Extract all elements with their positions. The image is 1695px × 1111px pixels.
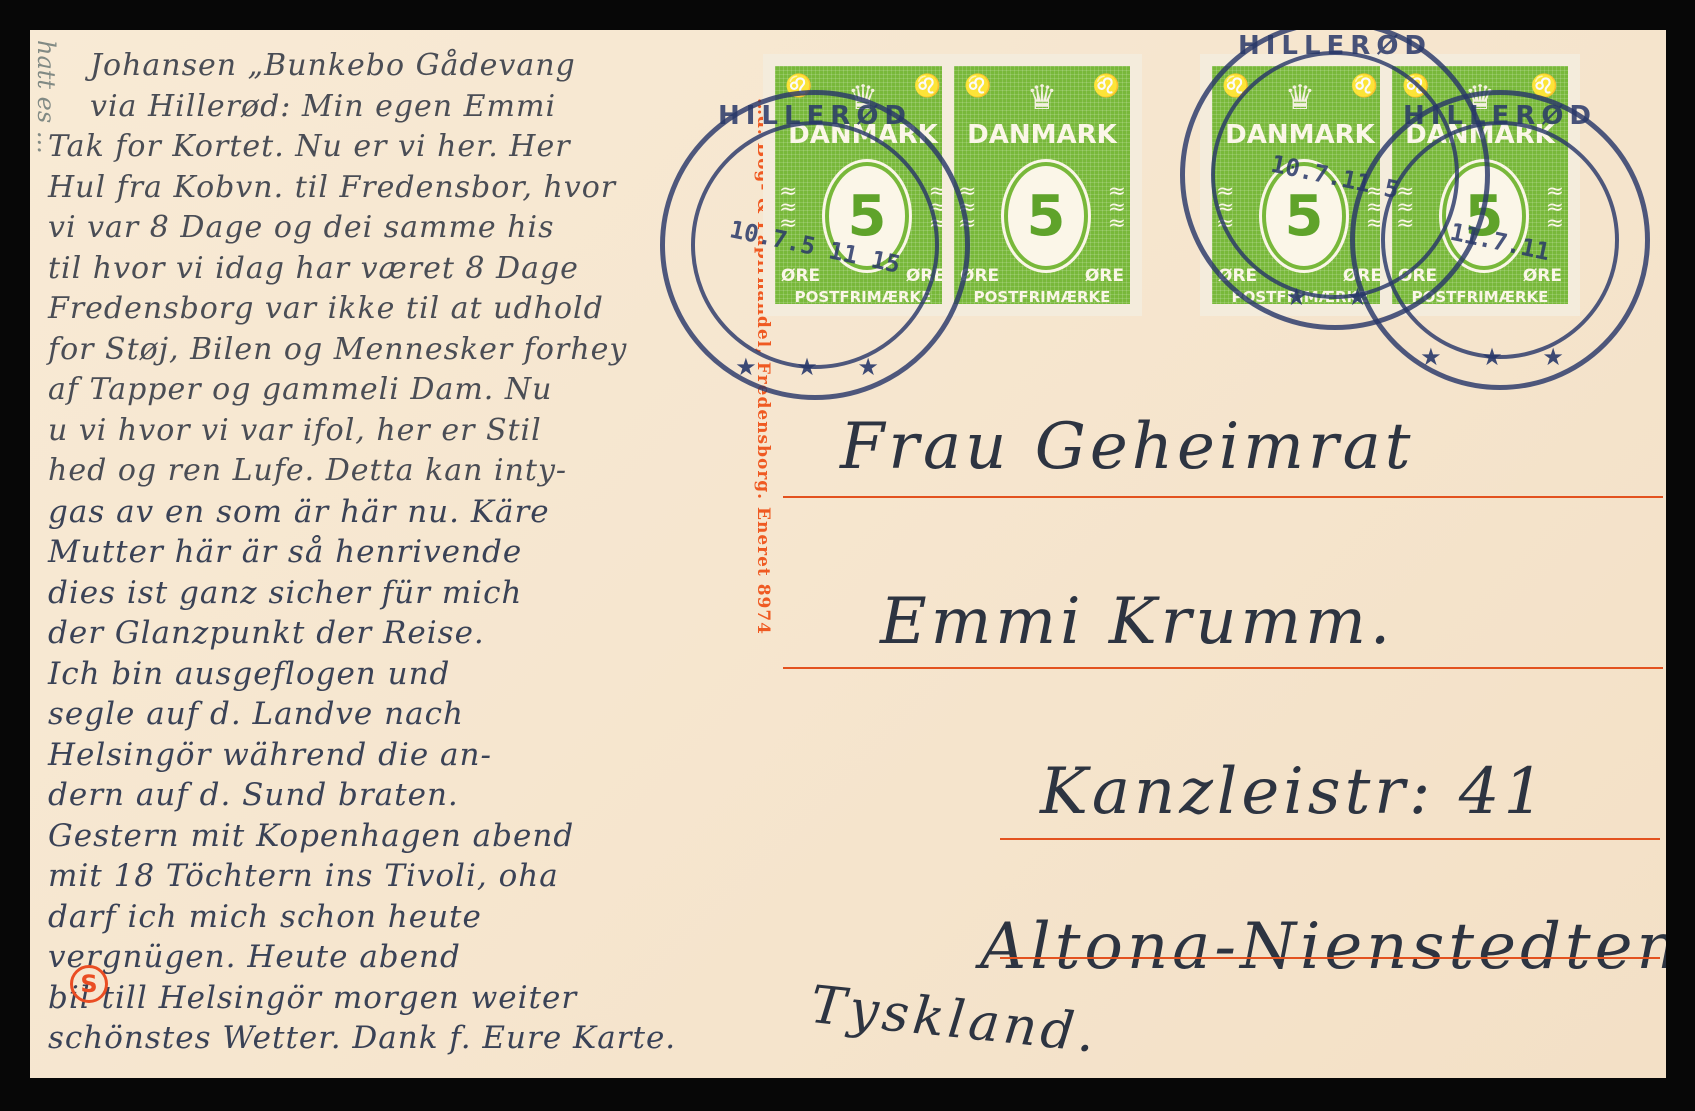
message-line: der Glanzpunkt der Reise. <box>48 615 485 651</box>
message-line: Fredensborg var ikke til at udhold <box>48 291 604 326</box>
message-line: gas av en som är här nu. Käre <box>48 494 550 530</box>
postmark: HILLERØD 10.7.5 11 15 ★ ★ ★ <box>660 90 970 400</box>
message-line: af Tapper og gammeli Dam. Nu <box>48 372 552 407</box>
address-line-1: Frau Geheimrat <box>840 410 1414 484</box>
stamp-label: POSTFRIMÆRKE <box>954 288 1130 306</box>
printer-logo: S <box>70 965 108 1003</box>
message-line: Helsingör während die an- <box>48 737 492 773</box>
stamp-value: 5 <box>1008 184 1084 249</box>
message-line: for Støj, Bilen og Mennesker forhey <box>48 332 627 367</box>
message-line: hed og ren Lufe. Detta kan inty- <box>48 453 567 488</box>
address-line-3: Kanzleistr: 41 <box>1040 755 1548 829</box>
message-line: vergnügen. Heute abend <box>48 939 461 975</box>
address-rule <box>1000 957 1660 959</box>
message-line: Mutter här är så henrivende <box>48 534 522 570</box>
message-line: bil till Helsingör morgen weiter <box>48 980 577 1016</box>
postage-stamp: ♌♛♌DANMARK≈≈≈≈≈≈5ØREØREPOSTFRIMÆRKE <box>942 54 1142 316</box>
message-line: Gestern mit Kopenhagen abend <box>48 818 574 854</box>
message-line: schönstes Wetter. Dank f. Eure Karte. <box>48 1020 676 1056</box>
message-line: segle auf d. Landve nach <box>48 696 464 732</box>
postmark: HILLERØD 11.7.11 ★ ★ ★ <box>1350 90 1650 390</box>
message-line: vi var 8 Dage og dei samme his <box>48 210 555 245</box>
message-line: u vi hvor vi var ifol, her er Stil <box>48 413 542 448</box>
stamp-currency: ØRE <box>1085 266 1124 286</box>
lion-icon: ♌ <box>1093 74 1120 99</box>
message-line: til hvor vi idag har været 8 Dage <box>48 251 579 286</box>
message-line: dern auf d. Sund braten. <box>48 777 459 813</box>
message-line: Tak for Kortet. Nu er vi her. Her <box>48 129 571 164</box>
message-line: mit 18 Töchtern ins Tivoli, oha <box>48 858 559 894</box>
address-line-2: Emmi Krumm. <box>880 585 1394 659</box>
message-line: dies ist ganz sicher für mich <box>48 575 522 611</box>
address-line-4: Altona-Nienstedten <box>980 910 1666 984</box>
postcard: hatt es ... Johansen „Bunkebo Gådevangvi… <box>30 30 1666 1078</box>
message-line: Johansen „Bunkebo Gådevang <box>90 48 576 83</box>
address-rule <box>1000 838 1660 840</box>
address-rule <box>783 667 1663 669</box>
stamp-country: DANMARK <box>954 120 1130 150</box>
message-line: Ich bin ausgeflogen und <box>48 656 450 692</box>
waves-icon: ≈≈≈ <box>1108 184 1126 232</box>
message-line: via Hillerød: Min egen Emmi <box>90 89 556 124</box>
message-line: Hul fra Kobvn. til Fredensbor, hvor <box>48 170 616 205</box>
destination-country: Tyskland. <box>808 975 1102 1065</box>
lion-icon: ♌ <box>914 74 941 99</box>
message-line: darf ich mich schon heute <box>48 899 482 935</box>
address-rule <box>783 496 1663 498</box>
